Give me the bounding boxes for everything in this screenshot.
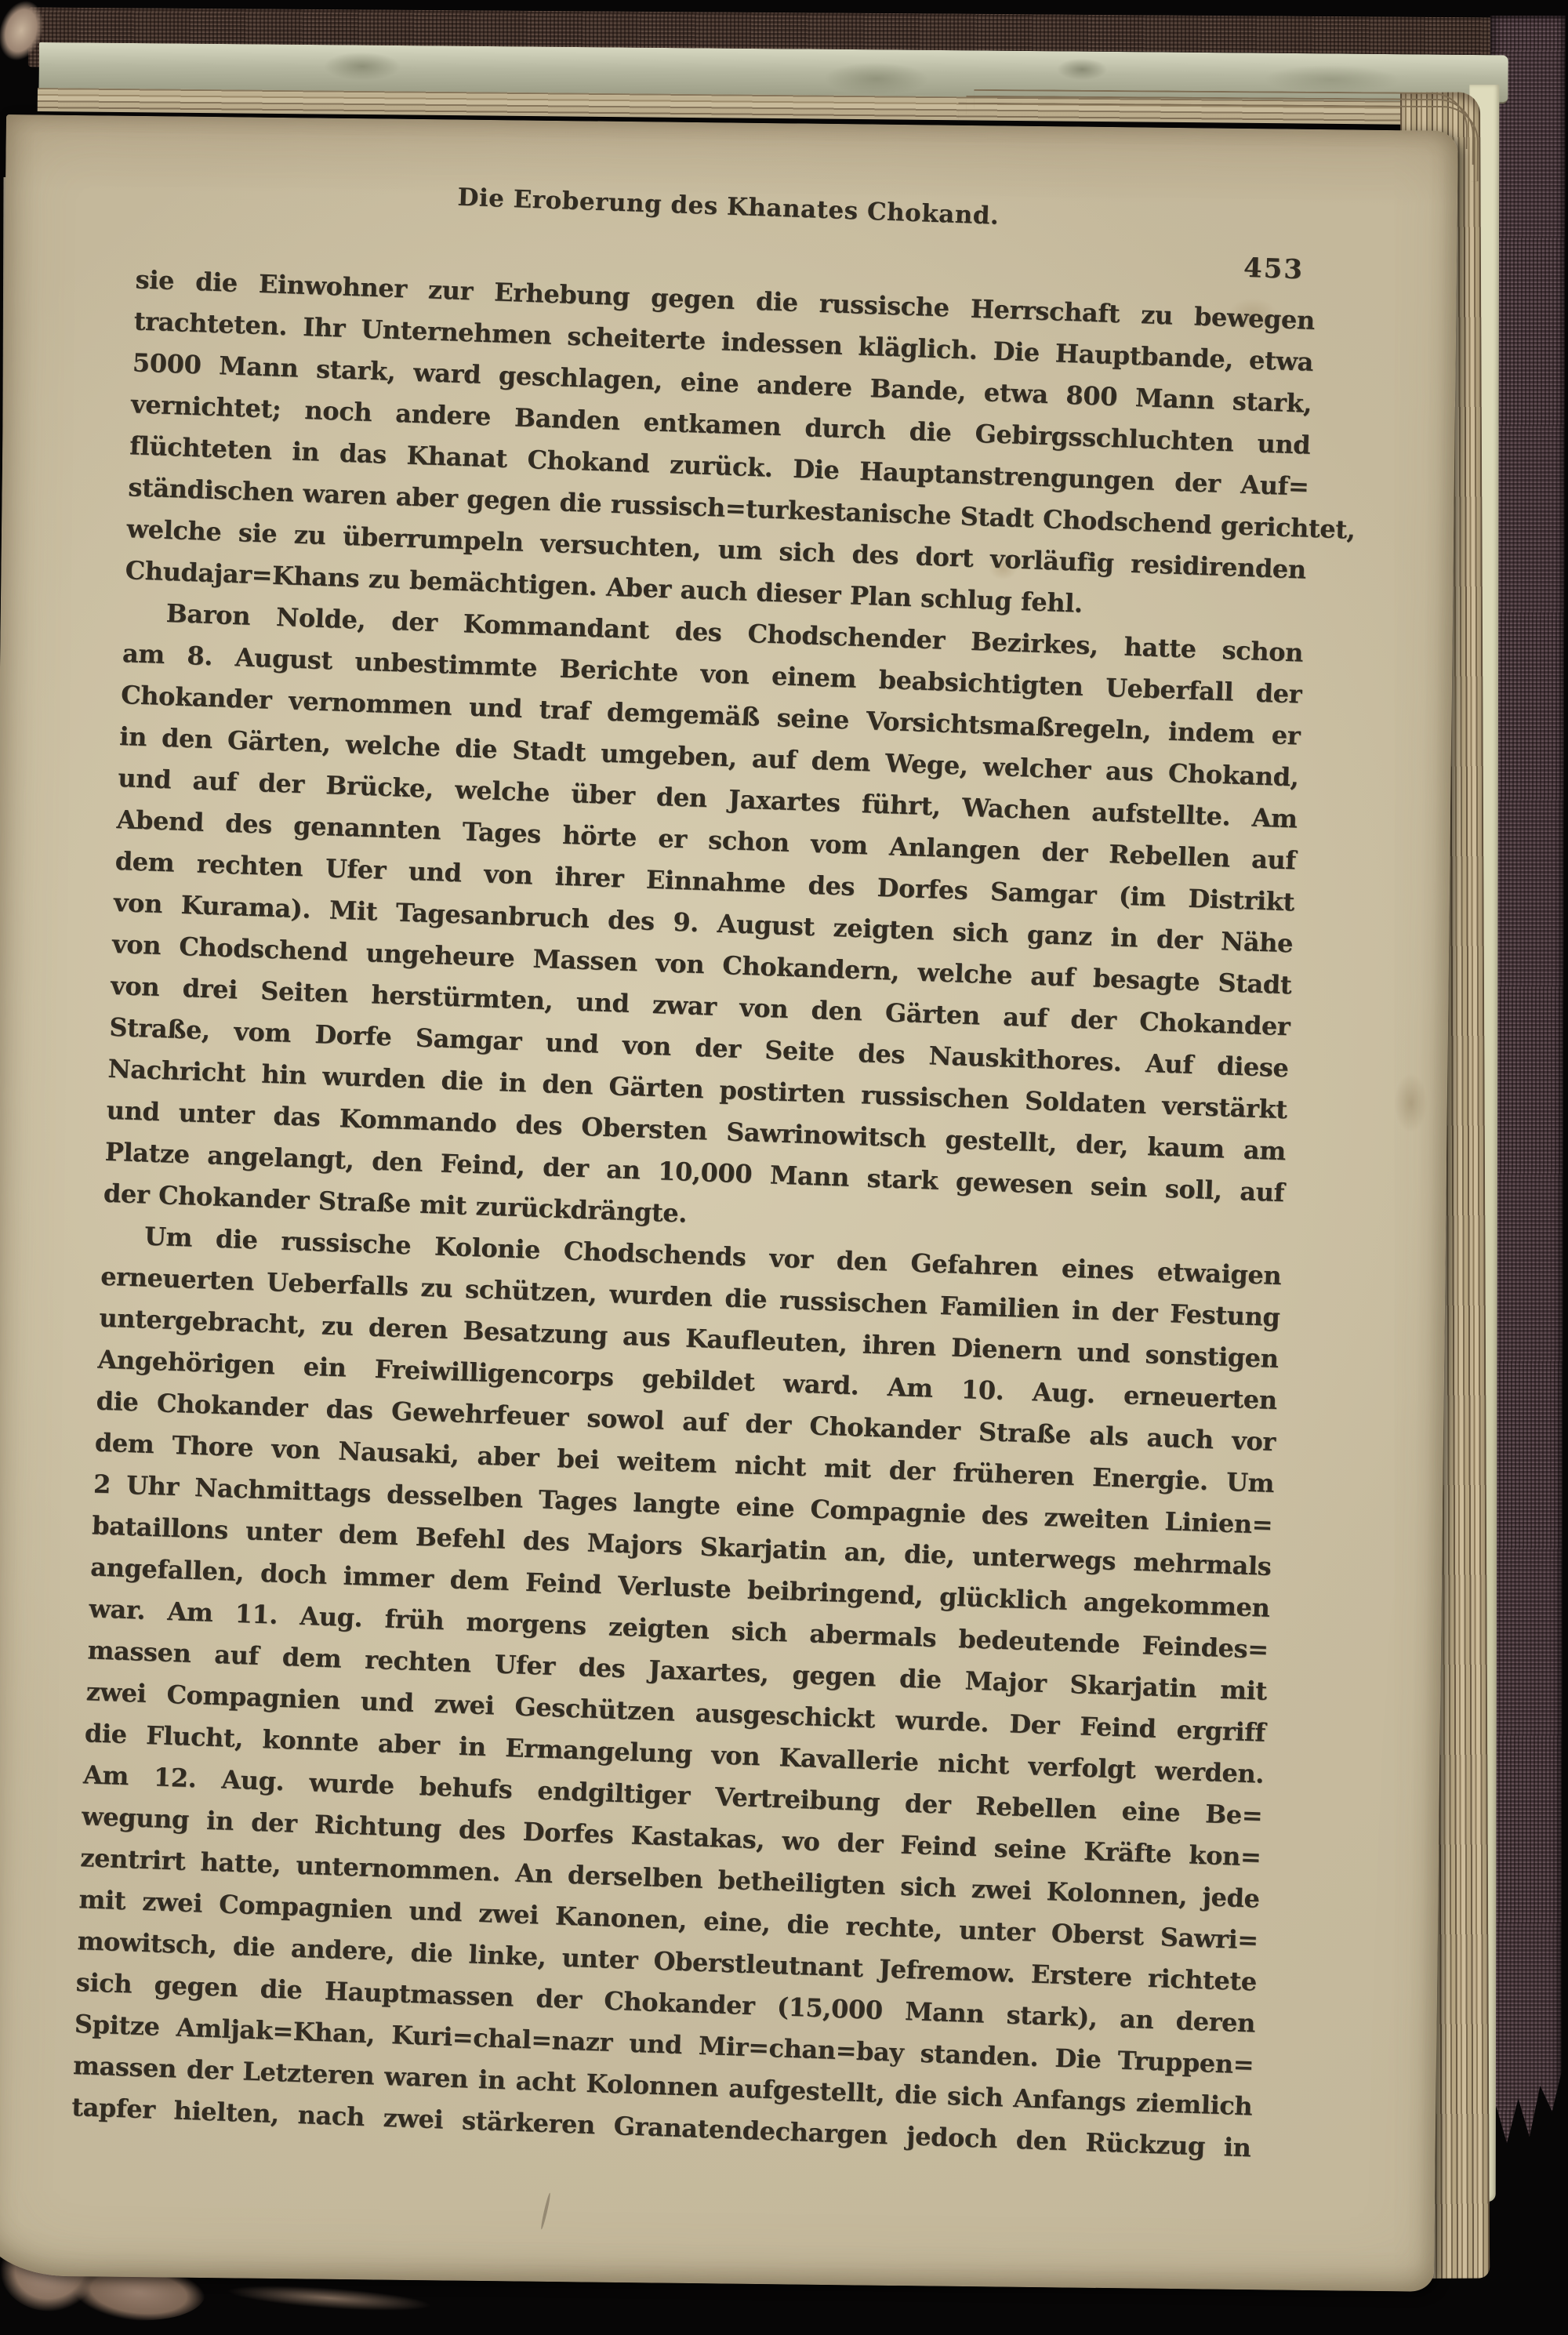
frayed-thread xyxy=(227,2281,431,2315)
body-text: sie die Einwohner zur Erhebung gegen die… xyxy=(71,259,1315,2169)
page-number: 453 xyxy=(1243,252,1304,286)
book-page: Die Eroberung des Khanates Chokand. 453 … xyxy=(0,114,1458,2292)
text-block: Die Eroberung des Khanates Chokand. 453 … xyxy=(71,169,1318,2169)
book-photo: Die Eroberung des Khanates Chokand. 453 … xyxy=(0,0,1568,2335)
page-header: Die Eroberung des Khanates Chokand. xyxy=(138,169,1319,243)
